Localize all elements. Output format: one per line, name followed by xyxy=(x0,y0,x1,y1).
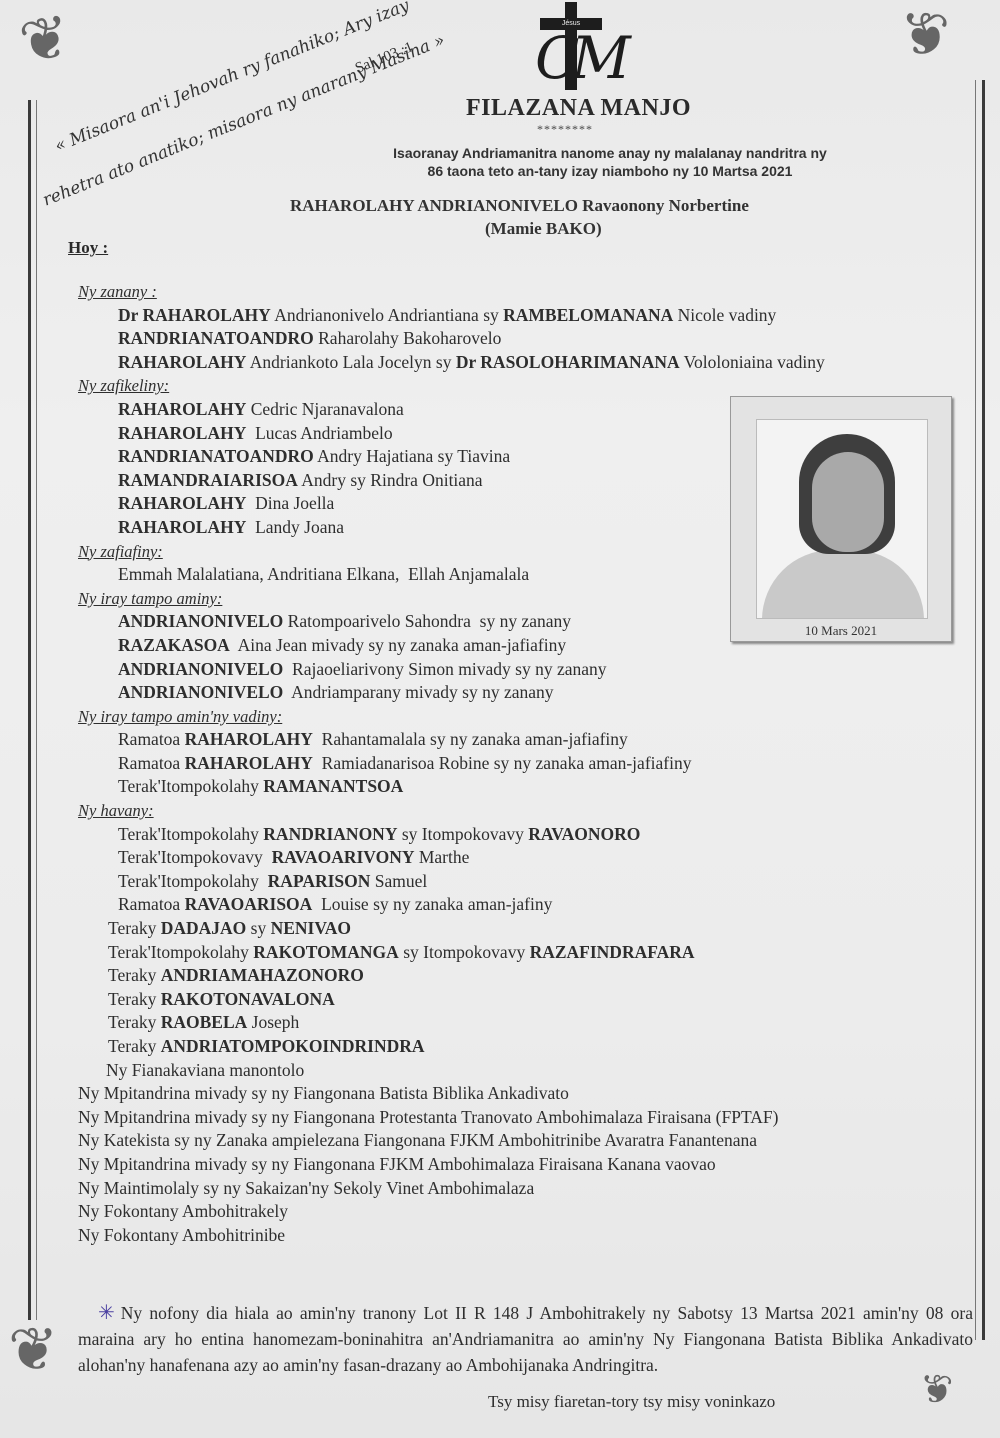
list-item: Ny Mpitandrina mivady sy ny Fiangonana F… xyxy=(78,1153,978,1177)
obituary-page: ❦ ❦ ❦ ❦ « Misaora an'i Jehovah ry fanahi… xyxy=(0,0,1000,1438)
page-title: FILAZANA MANJO xyxy=(466,95,691,122)
list-item: Ny Fokontany Ambohitrinibe xyxy=(78,1224,978,1248)
list-item: Ny Maintimolaly sy ny Sakaizan'ny Sekoly… xyxy=(78,1177,978,1201)
notice-text: Ny nofony dia hiala ao amin'ny tranony L… xyxy=(78,1303,973,1375)
list-item: RAHAROLAHY Andriankoto Lala Jocelyn sy D… xyxy=(78,351,978,375)
flourish-corner-icon: ❦ xyxy=(15,6,75,74)
announcement: Isaoranay Andriamanitra nanome anay ny m… xyxy=(350,144,870,180)
list-item: Ny Mpitandrina mivady sy ny Fiangonana P… xyxy=(78,1106,978,1130)
list-item: ANDRIANONIVELO Rajaoeliarivony Simon miv… xyxy=(78,658,978,682)
list-item: Teraky DADAJAO sy NENIVAO xyxy=(78,917,978,941)
list-item: Ny Katekista sy ny Zanaka ampielezana Fi… xyxy=(78,1129,978,1153)
list-item: Ny Fianakaviana manontolo xyxy=(78,1059,978,1083)
section-heading-zafikeliny: Ny zafikeliny: xyxy=(78,374,978,398)
ornamental-border-left xyxy=(28,100,31,1320)
portrait-image xyxy=(756,419,928,619)
asterisk-star-icon: ✳ xyxy=(98,1300,115,1326)
list-item: Terak'Itompokolahy RAPARISON Samuel xyxy=(78,870,978,894)
section-heading-havany: Ny havany: xyxy=(78,799,978,823)
cross-monogram-logo: CM Jésus xyxy=(535,2,625,90)
list-item: Terak'Itompokolahy RAMANANTSOA xyxy=(78,775,978,799)
announcement-line-2: 86 taona teto an-tany izay niamboho ny 1… xyxy=(350,162,870,180)
photo-caption: 10 Mars 2021 xyxy=(731,623,951,639)
section-heading-zanany: Ny zanany : xyxy=(78,280,978,304)
announcement-line-1: Isaoranay Andriamanitra nanome anay ny m… xyxy=(350,144,870,162)
section-heading-iray-tampo-vadiny: Ny iray tampo amin'ny vadiny: xyxy=(78,705,978,729)
funeral-notice: ✳Ny nofony dia hiala ao amin'ny tranony … xyxy=(78,1300,973,1378)
flourish-corner-icon: ❦ xyxy=(900,5,950,65)
list-item: ANDRIANONIVELO Andriamparany mivady sy n… xyxy=(78,681,978,705)
list-item: Teraky ANDRIATOMPOKOINDRINDRA xyxy=(78,1035,978,1059)
list-item: Terak'Itompokovavy RAVAOARIVONY Marthe xyxy=(78,846,978,870)
list-item: Dr RAHAROLAHY Andrianonivelo Andriantian… xyxy=(78,304,978,328)
monogram: CM xyxy=(535,24,623,92)
list-item: Teraky RAOBELA Joseph xyxy=(78,1011,978,1035)
deceased-nickname: (Mamie BAKO) xyxy=(485,219,602,239)
list-item: Teraky RAKOTONAVALONA xyxy=(78,988,978,1012)
list-item: Ramatoa RAVAOARISOA Louise sy ny zanaka … xyxy=(78,893,978,917)
ornamental-border-left-inner xyxy=(36,100,37,1320)
list-item: Ramatoa RAHAROLAHY Ramiadanarisoa Robine… xyxy=(78,752,978,776)
portrait-photo: 10 Mars 2021 xyxy=(730,396,952,642)
list-item: Ny Mpitandrina mivady sy ny Fiangonana B… xyxy=(78,1082,978,1106)
ornamental-border-right xyxy=(982,80,985,1340)
list-item: Ramatoa RAHAROLAHY Rahantamalala sy ny z… xyxy=(78,728,978,752)
flourish-corner-icon: ❦ xyxy=(8,1320,58,1380)
hoy-label: Hoy : xyxy=(68,238,108,258)
list-item: Terak'Itompokolahy RAKOTOMANGA sy Itompo… xyxy=(78,941,978,965)
list-item: RANDRIANATOANDRO Raharolahy Bakoharovelo xyxy=(78,327,978,351)
title-stars: ******** xyxy=(537,122,593,137)
list-item: Teraky ANDRIAMAHAZONORO xyxy=(78,964,978,988)
list-item: Ny Fokontany Ambohitrakely xyxy=(78,1200,978,1224)
cross-label: Jésus xyxy=(540,18,602,30)
deceased-name: RAHAROLAHY ANDRIANONIVELO Ravaonony Norb… xyxy=(290,196,749,216)
closing-note: Tsy misy fiaretan-tory tsy misy voninkaz… xyxy=(488,1392,775,1412)
list-item: Terak'Itompokolahy RANDRIANONY sy Itompo… xyxy=(78,823,978,847)
cross-icon xyxy=(565,2,577,90)
